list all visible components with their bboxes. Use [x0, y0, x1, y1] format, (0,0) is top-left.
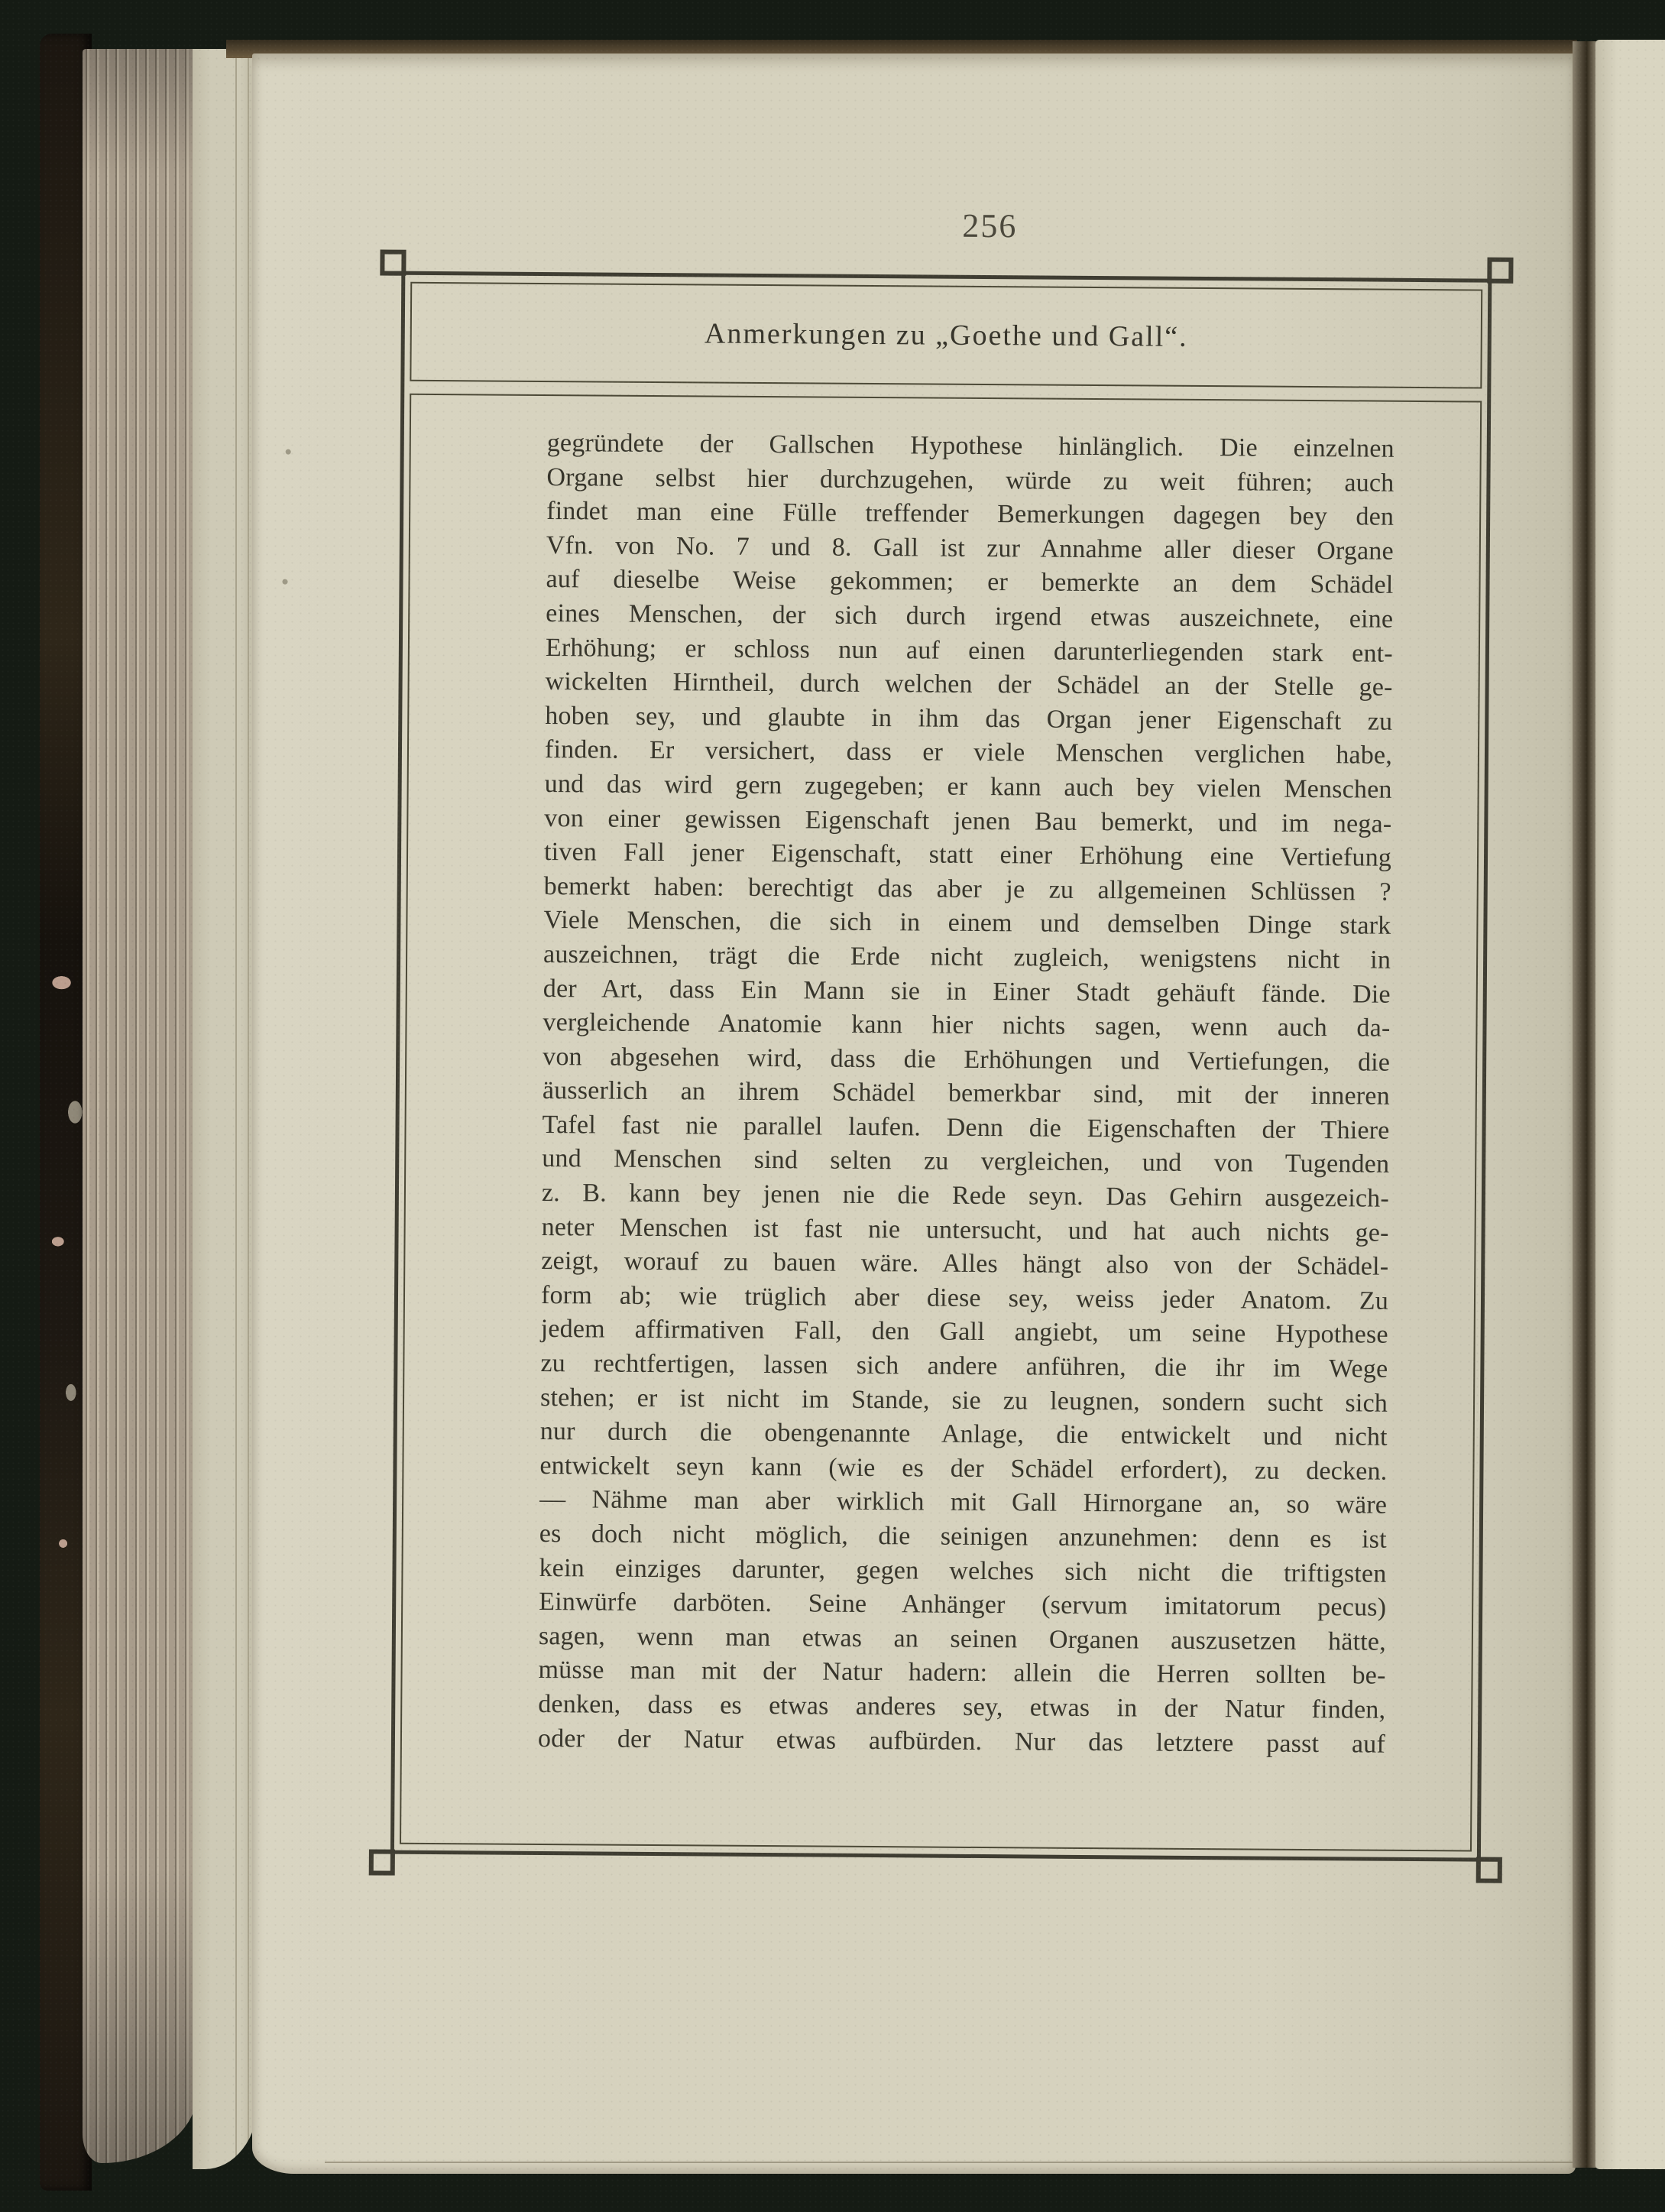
text-line: entwickelt seyn kann (wie es der Schädel… [539, 1449, 1387, 1489]
text-line: und das wird gern zugegeben; er kann auc… [545, 767, 1392, 807]
text-line: form ab; wie trüglich aber diese sey, we… [541, 1279, 1388, 1318]
text-line: der Art, dass Ein Mann sie in Einer Stad… [543, 972, 1391, 1012]
text-line: Erhöhung; er schloss nun auf einen darun… [546, 631, 1393, 671]
text-line: kein einziges darunter, gegen welches si… [539, 1552, 1386, 1591]
text-line: stehen; er ist nicht im Stande, sie zu l… [540, 1381, 1388, 1421]
text-line: vergleichende Anatomie kann hier nichts … [543, 1006, 1390, 1046]
text-line: wickelten Hirntheil, durch welchen der S… [545, 665, 1392, 705]
chapter-title: Anmerkungen zu „Goethe und Gall“. [705, 316, 1188, 353]
text-line: tiven Fall jener Eigenschaft, statt eine… [544, 835, 1391, 875]
text-line: Einwürfe darböten. Seine Anhänger (servu… [539, 1585, 1386, 1625]
text-line: — Nähme man aber wirklich mit Gall Hirno… [539, 1483, 1387, 1523]
text-line: zu rechtfertigen, lassen sich andere anf… [540, 1347, 1388, 1387]
paper-speck [283, 579, 288, 585]
gutter-shadow [1573, 41, 1599, 2168]
text-line: müsse man mit der Natur hadern: allein d… [538, 1653, 1385, 1693]
text-line: sagen, wenn man etwas an seinen Organen … [539, 1620, 1386, 1659]
text-line: denken, dass es etwas anderes sey, etwas… [538, 1688, 1385, 1727]
text-line: Vfn. von No. 7 und 8. Gall ist zur Annah… [546, 529, 1394, 569]
text-line: z. B. kann bey jenen nie die Rede seyn. … [542, 1176, 1389, 1216]
text-line: äusserlich an ihrem Schädel bemerkbar si… [543, 1074, 1390, 1114]
text-line: jedem affirmativen Fall, den Gall angieb… [541, 1312, 1388, 1352]
page-content: 256 Anmerkungen zu „Goethe und Gall“. ge… [243, 51, 1581, 2181]
text-line: von abgesehen wird, dass die Erhöhungen … [543, 1040, 1390, 1080]
paper-speck [286, 449, 291, 455]
text-line: Organe selbst hier durchzugehen, würde z… [546, 461, 1394, 501]
text-line: bemerkt haben: berechtigt das aber je zu… [544, 870, 1391, 910]
text-line: eines Menschen, der sich durch irgend et… [546, 597, 1393, 637]
frame-corner-square [369, 1849, 395, 1875]
text-line: zeigt, worauf zu bauen wäre. Alles hängt… [541, 1244, 1388, 1284]
page-block-fore-edge [83, 49, 197, 2163]
text-line: nur durch die obengenannte Anlage, die e… [540, 1415, 1388, 1455]
facing-page-edge [1595, 40, 1665, 2169]
frame-corner-square [380, 249, 406, 275]
page-number: 256 [402, 203, 1492, 249]
text-line: neter Menschen ist fast nie untersucht, … [541, 1211, 1388, 1250]
text-line: auf dieselbe Weise gekommen; er bemerkte… [546, 563, 1393, 602]
text-line: oder der Natur etwas aufbürden. Nur das … [538, 1722, 1385, 1762]
frame-corner-square [1476, 1857, 1502, 1883]
text-line: auszeichnen, trägt die Erde nicht zuglei… [543, 938, 1391, 978]
text-line: Viele Menschen, die sich in einem und de… [543, 903, 1391, 943]
text-line: und Menschen sind selten zu vergleichen,… [542, 1142, 1389, 1182]
text-line: finden. Er versichert, dass er viele Men… [545, 733, 1392, 773]
text-line: findet man eine Fülle treffender Bemerku… [546, 495, 1394, 534]
book-page: 256 Anmerkungen zu „Goethe und Gall“. ge… [252, 54, 1576, 2174]
body-text: gegründete der Gallschen Hypothese hinlä… [538, 427, 1395, 1762]
text-line: Tafel fast nie parallel laufen. Denn die… [542, 1108, 1389, 1148]
text-line: gegründete der Gallschen Hypothese hinlä… [547, 427, 1395, 466]
text-line: es doch nicht möglich, die seinigen anzu… [539, 1517, 1387, 1557]
text-box: gegründete der Gallschen Hypothese hinlä… [400, 394, 1482, 1852]
frame-corner-square [1487, 258, 1513, 284]
ornamental-frame: Anmerkungen zu „Goethe und Gall“. gegrün… [390, 271, 1492, 1862]
text-line: hoben sey, und glaubte in ihm das Organ … [545, 699, 1392, 739]
book-scan: 256 Anmerkungen zu „Goethe und Gall“. ge… [0, 0, 1665, 2212]
header-box: Anmerkungen zu „Goethe und Gall“. [410, 282, 1482, 389]
text-line: von einer gewissen Eigenschaft jenen Bau… [544, 802, 1391, 842]
